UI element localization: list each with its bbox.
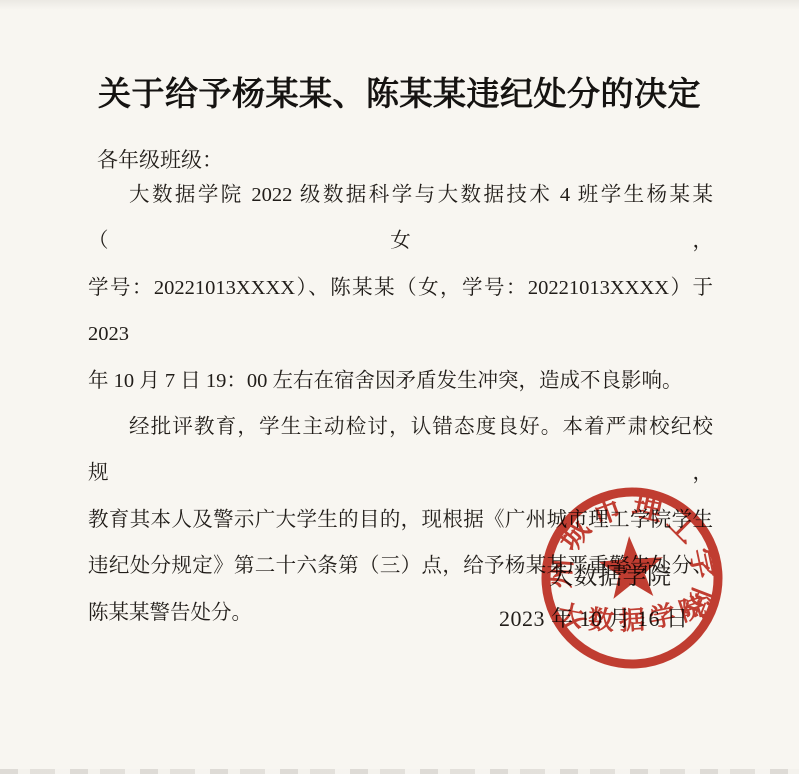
- seal-ring-char: 城: [552, 513, 596, 557]
- scan-edge-artifact: [0, 769, 799, 774]
- document-page: 关于给予杨某某、陈某某违纪处分的决定 各年级班级： 大数据学院 2022 级数据…: [0, 0, 799, 774]
- star-icon: [597, 534, 666, 600]
- official-seal: 广州城市理工学院 大数据学院: [510, 456, 753, 699]
- seal-ring-char: 州: [543, 557, 578, 589]
- paragraph-1-line-3: 年 10 月 7 日 19：00 左右在宿舍因矛盾发生冲突，造成不良影响。: [88, 358, 713, 404]
- salutation: 各年级班级：: [97, 144, 223, 174]
- paragraph-1-line-1: 大数据学院 2022 级数据科学与大数据技术 4 班学生杨某某（女，: [88, 172, 713, 265]
- document-title: 关于给予杨某某、陈某某违纪处分的决定: [0, 68, 799, 115]
- seal-ring-char: 工: [661, 505, 706, 550]
- seal-ring-char: 理: [629, 489, 665, 528]
- paragraph-1-line-2: 学号：20221013XXXX）、陈某某（女，学号：20221013XXXX）于…: [88, 265, 713, 358]
